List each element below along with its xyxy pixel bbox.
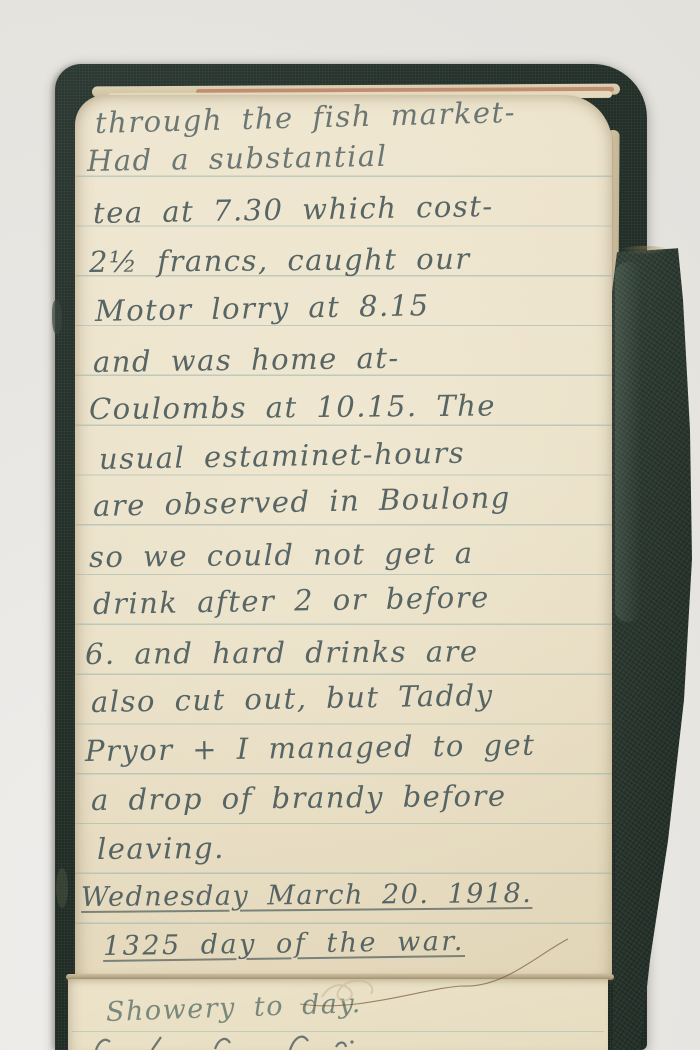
diary-line: 2½ francs, caught our xyxy=(89,245,471,277)
diary-line: tea at 7.30 which cost- xyxy=(93,192,494,228)
ruled-line xyxy=(72,1031,604,1032)
diary-line: also cut out, but Taddy xyxy=(91,681,494,717)
diary-line: and was home at- xyxy=(93,344,400,377)
cover-cloth-flap xyxy=(600,245,700,1050)
diary-line: Motor lorry at 8.15 xyxy=(95,291,430,326)
cover-wear-mark xyxy=(52,300,62,334)
diary-line: usual estaminet-hours xyxy=(99,439,466,474)
war-day-note: 1325 day of the war. xyxy=(103,928,465,960)
diary-line: so we could not get a xyxy=(89,539,474,572)
photo-backdrop: through the fish market- Had a substanti… xyxy=(0,0,700,1050)
diary-line: Coulombs at 10.15. The xyxy=(89,391,496,424)
diary-line: Pryor + I managed to get xyxy=(85,731,536,766)
cover-wear-mark xyxy=(56,868,68,908)
date-heading: Wednesday March 20. 1918. xyxy=(81,880,533,911)
diary-line: 6. and hard drinks are xyxy=(85,637,479,669)
diary-line: a drop of brandy before xyxy=(91,782,507,815)
next-page-first-line: Showery to day. xyxy=(106,990,363,1026)
diary-line: Had a substantial xyxy=(87,142,388,176)
diary-page: through the fish market- Had a substanti… xyxy=(75,95,612,976)
cloth-flap-frayed-edge xyxy=(618,246,672,255)
diary-line: leaving. xyxy=(97,834,225,864)
diary-line: are observed in Boulong xyxy=(93,483,511,521)
diary-line: drink after 2 or before xyxy=(93,583,490,619)
next-page-edge: Showery to day. xyxy=(68,979,608,1050)
